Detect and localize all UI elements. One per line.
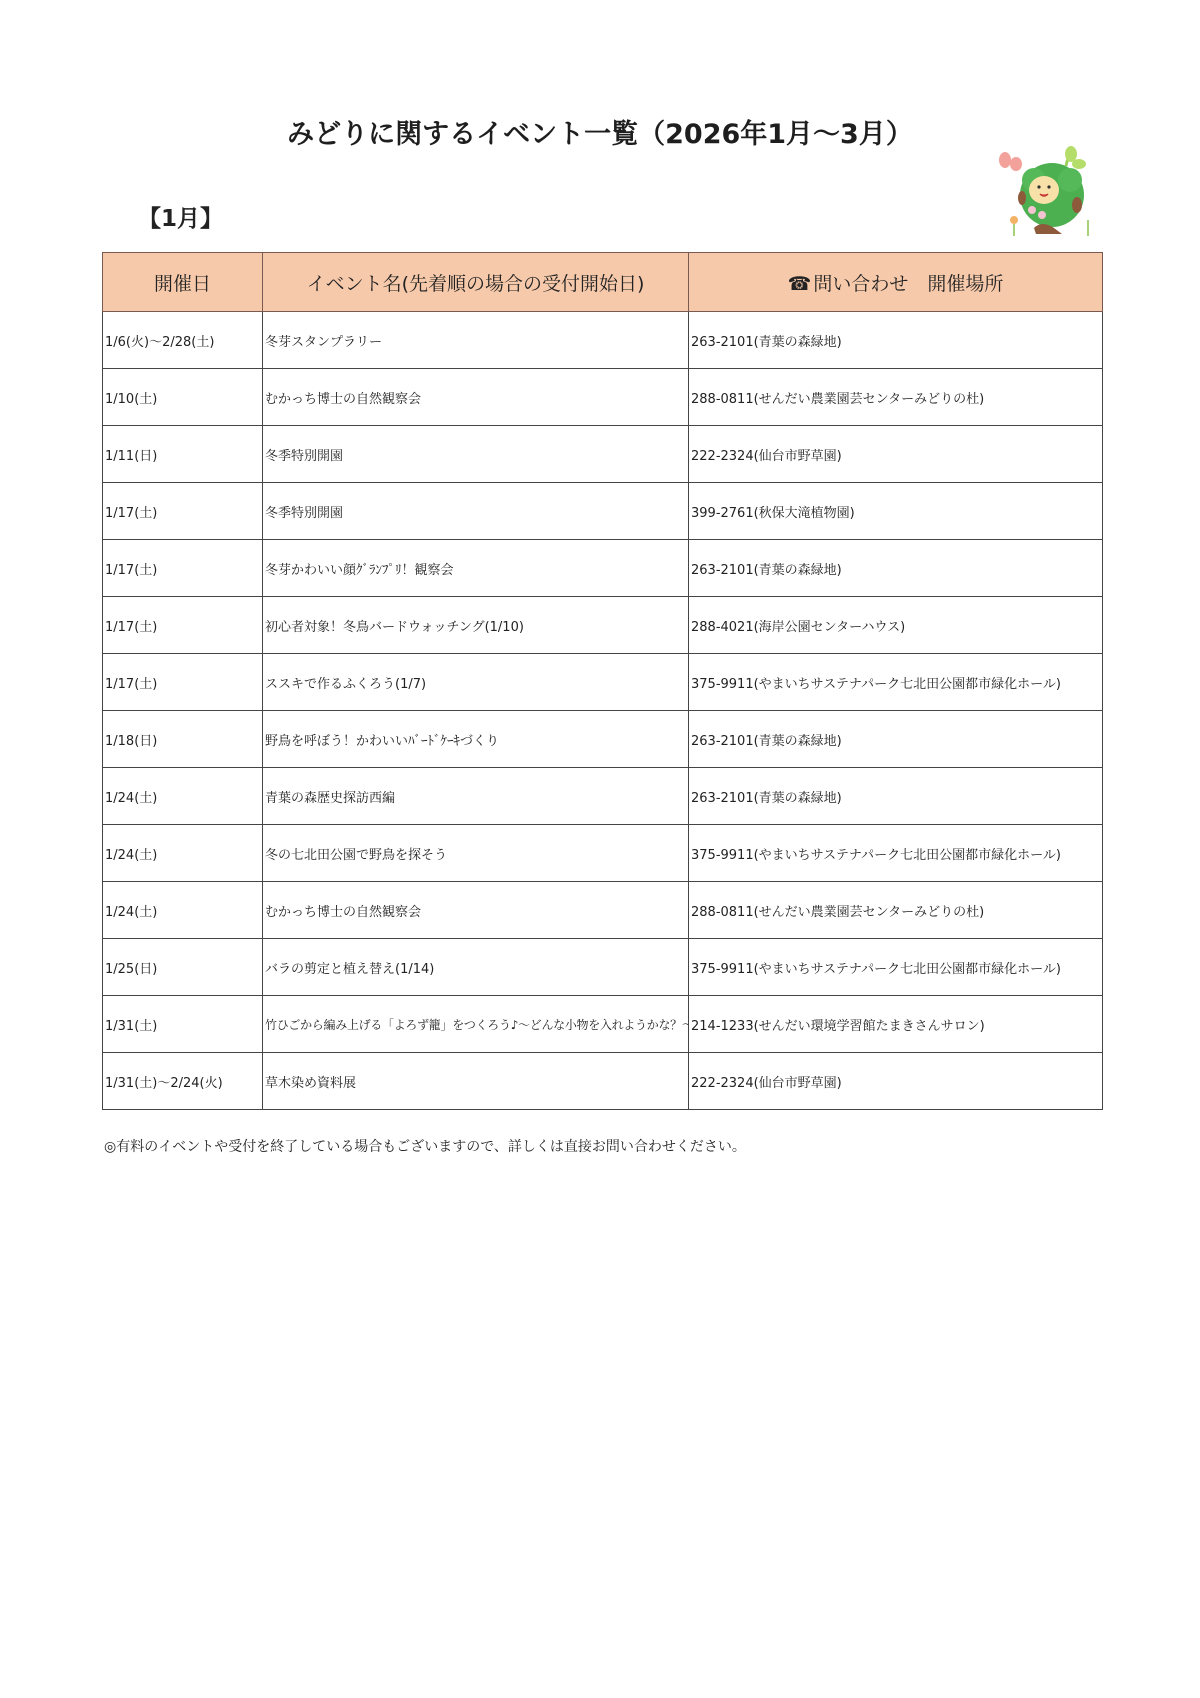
cell-event: 竹ひごから編み上げる「よろず籠」をつくろう♪～どんな小物を入れようかな？～ xyxy=(263,996,689,1053)
column-header-contact-label: 問い合わせ 開催場所 xyxy=(813,273,1003,295)
cell-date: 1/10(土) xyxy=(103,369,263,426)
cell-contact: 263-2101(青葉の森緑地) xyxy=(689,540,1103,597)
table-row: 1/24(土)青葉の森歴史探訪西編263-2101(青葉の森緑地) xyxy=(103,768,1103,825)
cell-date: 1/18(日) xyxy=(103,711,263,768)
cell-contact: 375-9911(やまいちサステナパーク七北田公園都市緑化ホール) xyxy=(689,939,1103,996)
cell-contact: 263-2101(青葉の森緑地) xyxy=(689,711,1103,768)
cell-contact: 288-0811(せんだい農業園芸センターみどりの杜) xyxy=(689,369,1103,426)
table-row: 1/24(土)冬の七北田公園で野鳥を探そう375-9911(やまいちサステナパー… xyxy=(103,825,1103,882)
cell-date: 1/24(土) xyxy=(103,825,263,882)
cell-contact: 288-4021(海岸公園センターハウス) xyxy=(689,597,1103,654)
cell-contact: 263-2101(青葉の森緑地) xyxy=(689,312,1103,369)
events-table: 開催日 イベント名(先着順の場合の受付開始日) ☎問い合わせ 開催場所 1/6(… xyxy=(102,252,1103,1110)
column-header-date: 開催日 xyxy=(103,253,263,312)
footnote: ◎有料のイベントや受付を終了している場合もございますので、詳しくは直接お問い合わ… xyxy=(104,1136,746,1156)
cell-date: 1/17(土) xyxy=(103,540,263,597)
table-row: 1/17(土)ススキで作るふくろう(1/7)375-9911(やまいちサステナパ… xyxy=(103,654,1103,711)
table-row: 1/18(日)野鳥を呼ぼう！かわいいﾊﾞｰﾄﾞｹｰｷづくり263-2101(青葉… xyxy=(103,711,1103,768)
table-row: 1/25(日)バラの剪定と植え替え(1/14)375-9911(やまいちサステナ… xyxy=(103,939,1103,996)
cell-date: 1/24(土) xyxy=(103,882,263,939)
cell-event: 野鳥を呼ぼう！かわいいﾊﾞｰﾄﾞｹｰｷづくり xyxy=(263,711,689,768)
cell-date: 1/31(土) xyxy=(103,996,263,1053)
cell-date: 1/17(土) xyxy=(103,483,263,540)
table-row: 1/17(土)冬季特別開園399-2761(秋保大滝植物園) xyxy=(103,483,1103,540)
cell-contact: 399-2761(秋保大滝植物園) xyxy=(689,483,1103,540)
mascot-illustration xyxy=(982,140,1092,240)
cell-contact: 214-1233(せんだい環境学習館たまきさんサロン) xyxy=(689,996,1103,1053)
cell-date: 1/11(日) xyxy=(103,426,263,483)
cell-date: 1/17(土) xyxy=(103,654,263,711)
cell-contact: 222-2324(仙台市野草園) xyxy=(689,426,1103,483)
cell-event: むかっち博士の自然観察会 xyxy=(263,369,689,426)
cell-date: 1/6(火)～2/28(土) xyxy=(103,312,263,369)
cell-event: バラの剪定と植え替え(1/14) xyxy=(263,939,689,996)
cell-date: 1/25(日) xyxy=(103,939,263,996)
column-header-event: イベント名(先着順の場合の受付開始日) xyxy=(263,253,689,312)
table-row: 1/17(土)初心者対象！冬鳥バードウォッチング(1/10)288-4021(海… xyxy=(103,597,1103,654)
cell-event: ススキで作るふくろう(1/7) xyxy=(263,654,689,711)
table-row: 1/6(火)～2/28(土)冬芽スタンプラリー263-2101(青葉の森緑地) xyxy=(103,312,1103,369)
cell-event: 冬季特別開園 xyxy=(263,483,689,540)
cell-event: 冬季特別開園 xyxy=(263,426,689,483)
table-row: 1/10(土)むかっち博士の自然観察会288-0811(せんだい農業園芸センター… xyxy=(103,369,1103,426)
table-row: 1/17(土)冬芽かわいい顔ｸﾞﾗﾝﾌﾟﾘ！観察会263-2101(青葉の森緑地… xyxy=(103,540,1103,597)
section-heading-january: 【1月】 xyxy=(138,200,223,233)
cell-event: 冬の七北田公園で野鳥を探そう xyxy=(263,825,689,882)
column-header-contact: ☎問い合わせ 開催場所 xyxy=(689,253,1103,312)
cell-date: 1/31(土)～2/24(火) xyxy=(103,1053,263,1110)
cell-event: 青葉の森歴史探訪西編 xyxy=(263,768,689,825)
mascot-icon xyxy=(982,140,1092,240)
cell-event: 初心者対象！冬鳥バードウォッチング(1/10) xyxy=(263,597,689,654)
cell-contact: 263-2101(青葉の森緑地) xyxy=(689,768,1103,825)
cell-date: 1/24(土) xyxy=(103,768,263,825)
cell-contact: 375-9911(やまいちサステナパーク七北田公園都市緑化ホール) xyxy=(689,825,1103,882)
cell-event: むかっち博士の自然観察会 xyxy=(263,882,689,939)
table-row: 1/24(土)むかっち博士の自然観察会288-0811(せんだい農業園芸センター… xyxy=(103,882,1103,939)
table-row: 1/31(土)竹ひごから編み上げる「よろず籠」をつくろう♪～どんな小物を入れよう… xyxy=(103,996,1103,1053)
cell-date: 1/17(土) xyxy=(103,597,263,654)
cell-contact: 375-9911(やまいちサステナパーク七北田公園都市緑化ホール) xyxy=(689,654,1103,711)
table-row: 1/31(土)～2/24(火)草木染め資料展222-2324(仙台市野草園) xyxy=(103,1053,1103,1110)
cell-event: 草木染め資料展 xyxy=(263,1053,689,1110)
cell-event: 冬芽スタンプラリー xyxy=(263,312,689,369)
phone-icon: ☎ xyxy=(788,273,812,295)
cell-contact: 288-0811(せんだい農業園芸センターみどりの杜) xyxy=(689,882,1103,939)
table-header-row: 開催日 イベント名(先着順の場合の受付開始日) ☎問い合わせ 開催場所 xyxy=(103,253,1103,312)
cell-event: 冬芽かわいい顔ｸﾞﾗﾝﾌﾟﾘ！観察会 xyxy=(263,540,689,597)
cell-contact: 222-2324(仙台市野草園) xyxy=(689,1053,1103,1110)
table-row: 1/11(日)冬季特別開園222-2324(仙台市野草園) xyxy=(103,426,1103,483)
